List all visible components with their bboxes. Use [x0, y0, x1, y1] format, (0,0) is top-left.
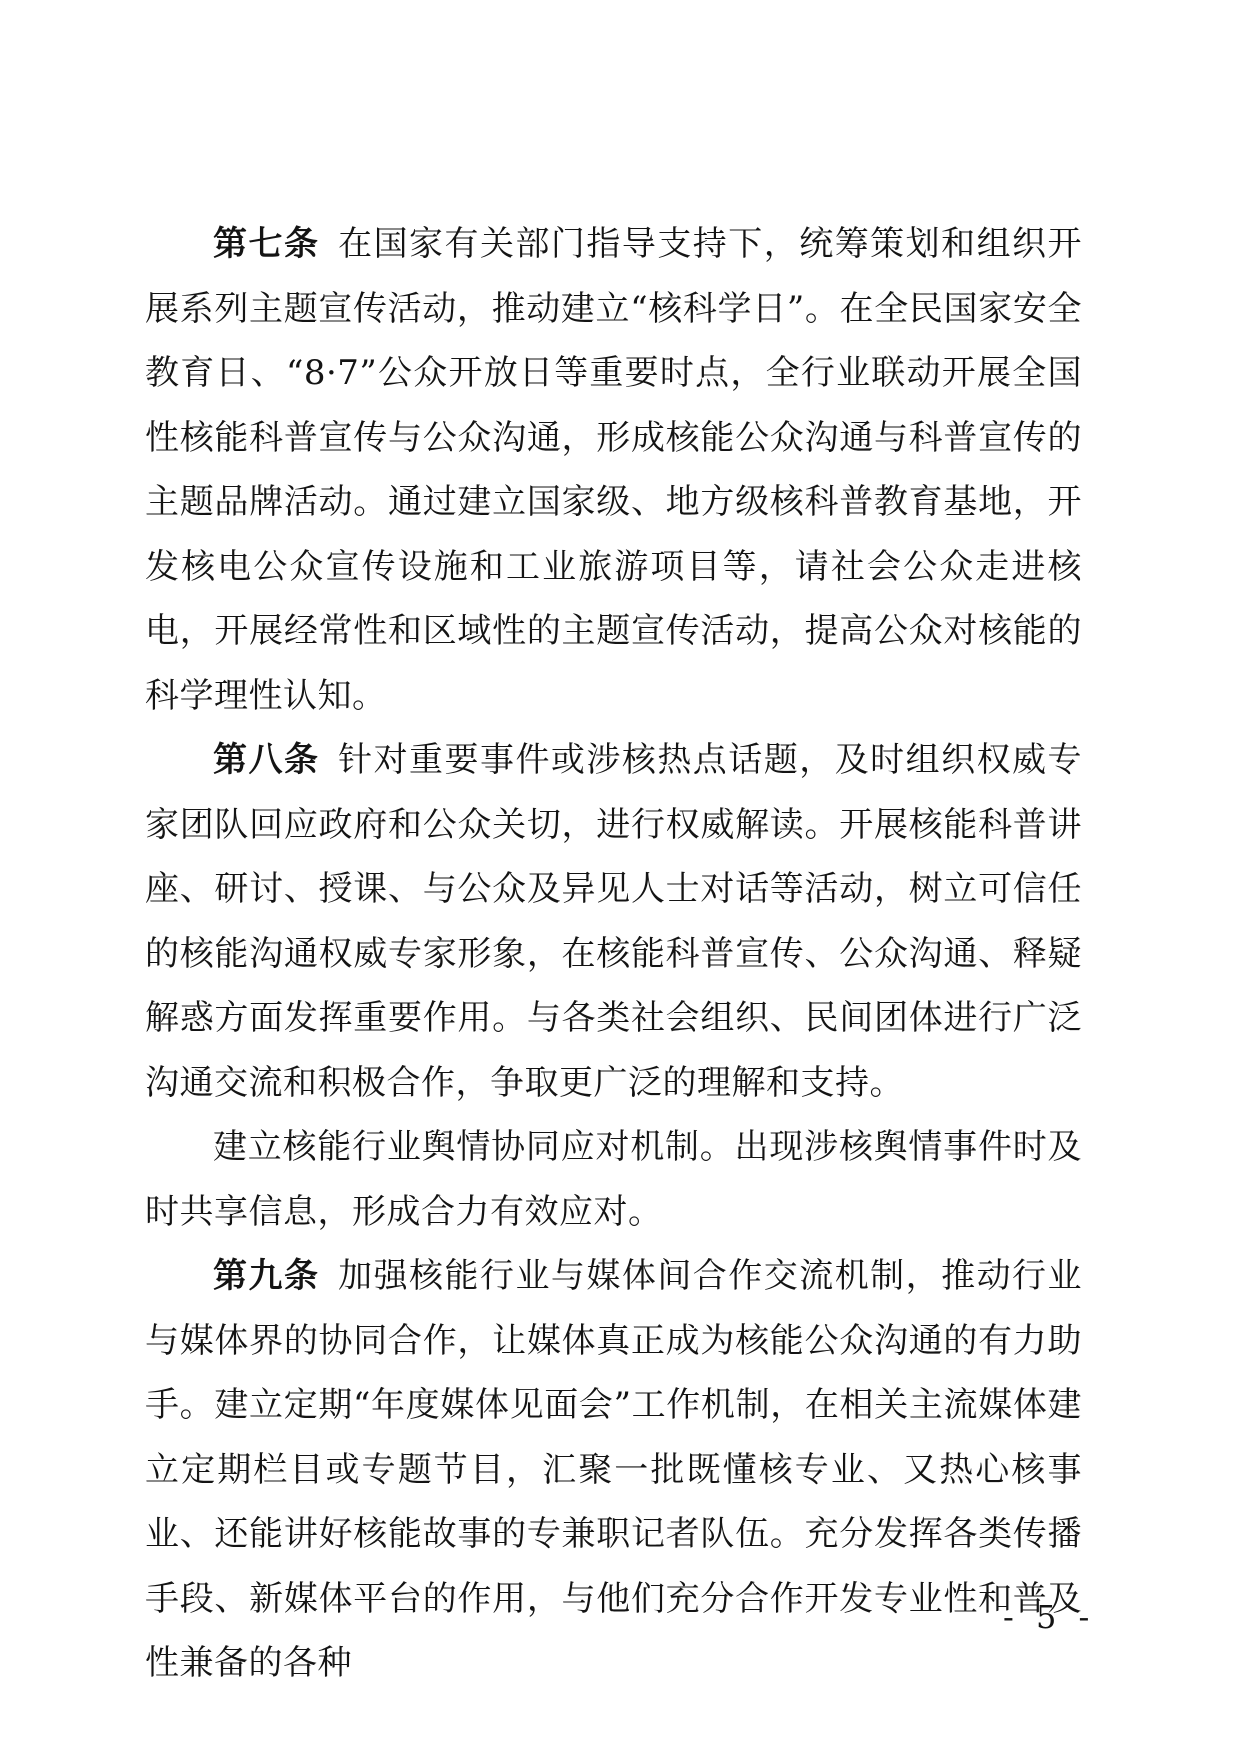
page-number: - 5 - — [1003, 1598, 1095, 1636]
article-7-text: 在国家有关部门指导支持下，统筹策划和组织开展系列主题宣传活动，推动建立“核科学日… — [145, 224, 1082, 716]
article-8-supplement-text: 建立核能行业舆情协同应对机制。出现涉核舆情事件时及时共享信息，形成合力有效应对。 — [145, 1127, 1082, 1232]
article-8-text: 针对重要事件或涉核热点话题，及时组织权威专家团队回应政府和公众关切，进行权威解读… — [145, 740, 1082, 1103]
document-body: 第七条在国家有关部门指导支持下，统筹策划和组织开展系列主题宣传活动，推动建立“核… — [145, 212, 1082, 1696]
paragraph-article-7: 第七条在国家有关部门指导支持下，统筹策划和组织开展系列主题宣传活动，推动建立“核… — [145, 212, 1082, 728]
page-footer: - 5 - — [0, 1598, 1241, 1642]
article-8-label: 第八条 — [213, 740, 319, 780]
document-page: 第七条在国家有关部门指导支持下，统筹策划和组织开展系列主题宣传活动，推动建立“核… — [0, 0, 1241, 1754]
paragraph-article-8: 第八条针对重要事件或涉核热点话题，及时组织权威专家团队回应政府和公众关切，进行权… — [145, 728, 1082, 1115]
paragraph-article-8-supplement: 建立核能行业舆情协同应对机制。出现涉核舆情事件时及时共享信息，形成合力有效应对。 — [145, 1115, 1082, 1244]
article-9-label: 第九条 — [213, 1256, 319, 1296]
article-7-label: 第七条 — [213, 224, 319, 264]
